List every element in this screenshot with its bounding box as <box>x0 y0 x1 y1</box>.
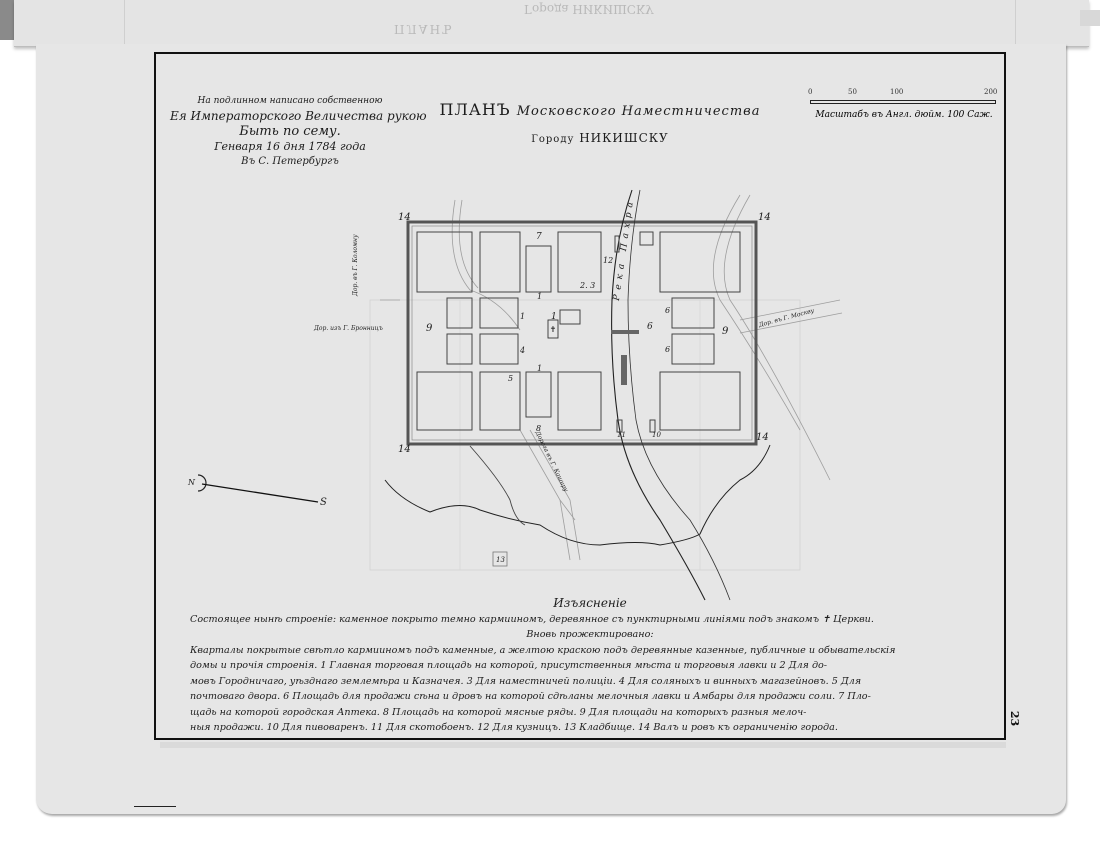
legend-line-3: мовъ Городничаго, уѣзднаго землемѣра и К… <box>190 674 990 690</box>
page-number: 23 <box>1008 711 1021 726</box>
label-1: 1 <box>551 312 557 322</box>
legend-line-4: почтоваго двора. 6 Площадь для продажи с… <box>190 689 990 705</box>
legend-existing: Состоящее нынѣ строеніе: каменное покрыт… <box>190 612 990 628</box>
legend-line-2: домы и прочія строенія. 1 Главная торгов… <box>190 658 990 674</box>
label-1b: 1 <box>520 312 525 321</box>
label-12: 12 <box>603 256 613 265</box>
label-14-sw: 14 <box>398 444 411 455</box>
label-14-nw: 14 <box>398 212 411 223</box>
label-6-upper: 6 <box>665 306 670 315</box>
road-label-kolomna: Дор. въ Г. Коломну <box>352 235 359 296</box>
label-2-3: 2. 3 <box>580 281 595 290</box>
legend-line-5: щадь на которой городская Аптека. 8 Площ… <box>190 705 990 721</box>
legend-subheading: Вновь прожектировано: <box>190 627 990 643</box>
label-6-lower: 6 <box>665 345 670 354</box>
label-7: 7 <box>536 232 542 242</box>
compass-north: N <box>188 478 195 487</box>
label-13-cemetery: 13 <box>496 556 505 564</box>
label-1d: 1 <box>537 364 542 373</box>
legend-line-6: ныя продажи. 10 Для пивоваренъ. 11 Для с… <box>190 720 990 736</box>
label-9-west: 9 <box>426 323 432 334</box>
label-10: 10 <box>652 431 661 439</box>
margin-mark <box>134 806 176 807</box>
label-6-center: 6 <box>647 322 653 332</box>
svg-text:✝: ✝ <box>550 325 557 334</box>
label-14-ne: 14 <box>758 212 771 223</box>
label-5: 5 <box>508 374 513 383</box>
road-label-bronnitsy: Дор. изъ Г. Бронницъ <box>314 325 383 332</box>
legend-explanation: Изъясненіе Состоящее нынѣ строеніе: каме… <box>190 596 990 736</box>
legend-heading: Изъясненіе <box>190 596 990 612</box>
label-11: 11 <box>617 431 626 439</box>
legend-line-1: Кварталы покрытые свѣтло кармииномъ подъ… <box>190 643 990 659</box>
compass-south: S <box>320 497 327 508</box>
label-14-se: 14 <box>756 432 769 443</box>
label-4: 4 <box>520 346 525 355</box>
label-1c: 1 <box>537 292 542 301</box>
label-9-east: 9 <box>722 326 728 337</box>
